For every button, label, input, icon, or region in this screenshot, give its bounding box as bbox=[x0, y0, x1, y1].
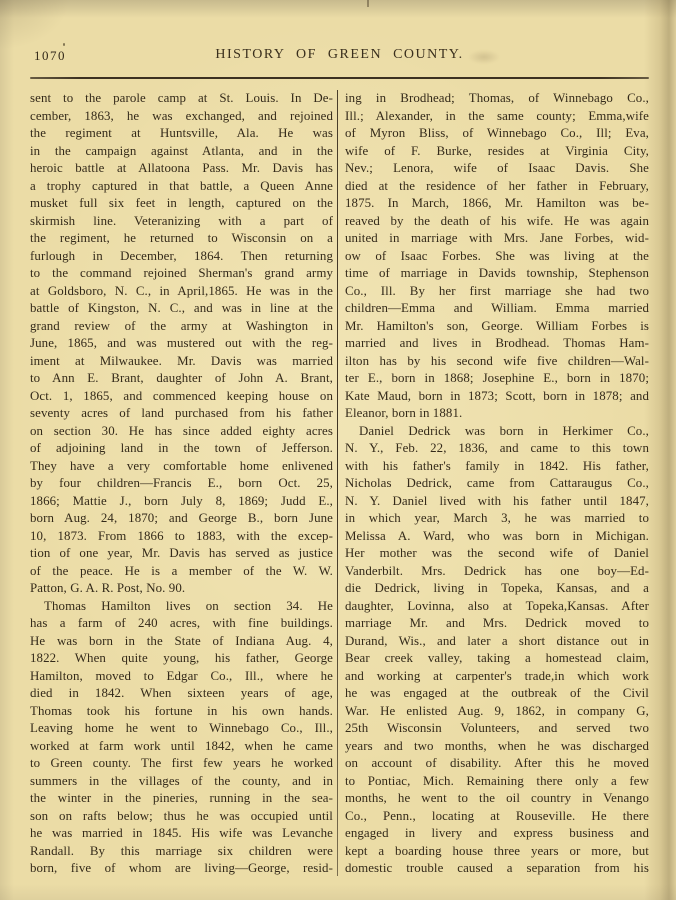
text-line: Leaving home he went to Winnebago Co., I… bbox=[30, 720, 333, 738]
text-line: Randall. By this marriage six children w… bbox=[30, 843, 333, 861]
text-line: June, 1865, and was mustered out with th… bbox=[30, 335, 333, 353]
text-line: at Goldsboro, N. C., in April,1865. He w… bbox=[30, 283, 333, 301]
text-line: grand review of the army at Washington i… bbox=[30, 318, 333, 336]
text-line: to the command rejoined Sherman's grand … bbox=[30, 265, 333, 283]
text-line: has a farm of 240 acres, with fine build… bbox=[30, 615, 333, 633]
text-line: cember, 1863, he was exchanged, and rejo… bbox=[30, 108, 333, 126]
text-line: on account of disability. After this he … bbox=[345, 755, 649, 773]
text-line: married and lives in Brodhead. Thomas Ha… bbox=[345, 335, 649, 353]
text-line: Her mother was the second wife of Daniel bbox=[345, 545, 649, 563]
text-line: worked at farm work until 1842, when he … bbox=[30, 738, 333, 756]
text-line: son on rafts below; thus he was occupied… bbox=[30, 808, 333, 826]
page-title: HISTORY OF GREEN COUNTY. bbox=[30, 46, 649, 63]
text-line: battle of Kingston, N. C., and was in li… bbox=[30, 300, 333, 318]
text-line: united in marriage with Mrs. Jane Forbes… bbox=[345, 230, 649, 248]
text-line: to Ann E. Brant, daughter of John A. Bra… bbox=[30, 370, 333, 388]
text-line: N. Y., Feb. 22, 1836, and came to this t… bbox=[345, 440, 649, 458]
text-line: summers in the villages of the county, a… bbox=[30, 773, 333, 791]
page-left-shadow bbox=[0, 0, 14, 900]
text-line: born Aug. 24, 1870; and George B., born … bbox=[30, 510, 333, 528]
text-line: Patton, G. A. R. Post, No. 90. bbox=[30, 580, 333, 598]
page-corner-shadow bbox=[0, 0, 70, 50]
text-line: Oct. 1, 1865, and commenced keeping hous… bbox=[30, 388, 333, 406]
text-line: N. Y. Daniel lived with his father until… bbox=[345, 493, 649, 511]
text-line: Co., Ill. By her first marriage she had … bbox=[345, 283, 649, 301]
text-column-left: sent to the parole camp at St. Louis. In… bbox=[30, 90, 333, 880]
text-line: died in 1842. When sixteen years of age, bbox=[30, 685, 333, 703]
book-page: 1070 HISTORY OF GREEN COUNTY. sent to th… bbox=[0, 0, 676, 900]
text-line: time of marriage in Davids township, Ste… bbox=[345, 265, 649, 283]
text-line: ing in Brodhead; Thomas, of Winnebago Co… bbox=[345, 90, 649, 108]
text-line: Nicholas Dedrick, came from Cattaraugus … bbox=[345, 475, 649, 493]
text-line: years and two months, when he was discha… bbox=[345, 738, 649, 756]
text-line: iment at Milwaukee. Mr. Davis was marrie… bbox=[30, 353, 333, 371]
text-line: and working at carpenter's trade,in whic… bbox=[345, 668, 649, 686]
text-line: musket full six feet in length, captured… bbox=[30, 195, 333, 213]
text-line: Co., Penn., locating at Rouseville. He t… bbox=[345, 808, 649, 826]
text-line: he was engaged at the outbreak of the Ci… bbox=[345, 685, 649, 703]
text-line: ter E., born in 1868; Josephine E., born… bbox=[345, 370, 649, 388]
text-line: of the peace. He is a member of the W. W… bbox=[30, 563, 333, 581]
text-line: domestic trouble caused a separation fro… bbox=[345, 860, 649, 878]
text-columns: sent to the parole camp at St. Louis. In… bbox=[30, 90, 649, 880]
text-line: died at the residence of her father in F… bbox=[345, 178, 649, 196]
text-line: to Green county. The first few years he … bbox=[30, 755, 333, 773]
page-header: 1070 HISTORY OF GREEN COUNTY. bbox=[30, 46, 649, 66]
column-divider bbox=[337, 90, 338, 876]
text-line: Bear creek valley, taking a homestead cl… bbox=[345, 650, 649, 668]
text-line: ilton has by his second wife five childr… bbox=[345, 353, 649, 371]
text-line: tion of one year, Mr. Davis has served a… bbox=[30, 545, 333, 563]
text-column-right: ing in Brodhead; Thomas, of Winnebago Co… bbox=[345, 90, 649, 880]
text-line: born, five of whom are living—George, re… bbox=[30, 860, 333, 878]
text-line: marriage Mr. and Mrs. Dedrick moved to bbox=[345, 615, 649, 633]
text-line: Vanderbilt. Mrs. Dedrick has one boy—Ed- bbox=[345, 563, 649, 581]
text-line: the regiment at Huntsville, Ala. He was bbox=[30, 125, 333, 143]
page-number: 1070 bbox=[34, 48, 66, 64]
text-line: They have a very comfortable home enlive… bbox=[30, 458, 333, 476]
scan-artifact-speck bbox=[63, 43, 65, 46]
text-line: of Myron Bliss, of Winnebago Co., Ill; E… bbox=[345, 125, 649, 143]
text-line: heroic battle at Allatoona Pass. Mr. Dav… bbox=[30, 160, 333, 178]
text-line: 1866; Mattie J., born July 8, 1869; Judd… bbox=[30, 493, 333, 511]
text-line: he was married in 1845. His wife was Lev… bbox=[30, 825, 333, 843]
text-line: reaved by the death of his wife. He was … bbox=[345, 213, 649, 231]
text-line: War. He enlisted Aug. 9, 1862, in compan… bbox=[345, 703, 649, 721]
text-line: daughter, Lovinna, also at Topeka,Kansas… bbox=[345, 598, 649, 616]
page-bottom-shadow bbox=[0, 884, 676, 900]
text-line: 1822. When quite young, his father, Geor… bbox=[30, 650, 333, 668]
text-line: by four children—Francis E., born Oct. 2… bbox=[30, 475, 333, 493]
text-line: Melissa A. Ward, who was born in Michiga… bbox=[345, 528, 649, 546]
text-line: 10, 1873. From 1866 to 1883, with the ex… bbox=[30, 528, 333, 546]
text-line: Mr. Hamilton's son, George. William Forb… bbox=[345, 318, 649, 336]
text-line: in which year, March 3, he was married t… bbox=[345, 510, 649, 528]
text-line: on section 30. He has since added eighty… bbox=[30, 423, 333, 441]
text-line: with his father's family in 1842. His fa… bbox=[345, 458, 649, 476]
text-line: He was born in the State of Indiana Aug.… bbox=[30, 633, 333, 651]
scan-artifact-tick bbox=[367, 0, 369, 7]
text-line: Daniel Dedrick was born in Herkimer Co., bbox=[345, 423, 649, 441]
text-line: the regiment, he returned to Wisconsin o… bbox=[30, 230, 333, 248]
text-line: Thomas took his fortune in his own hands… bbox=[30, 703, 333, 721]
text-line: 1875. In March, 1866, Mr. Hamilton was b… bbox=[345, 195, 649, 213]
text-line: Ill.; Alexander, in the same county; Emm… bbox=[345, 108, 649, 126]
text-line: kept a boarding house three years or mor… bbox=[345, 843, 649, 861]
text-line: Durand, Wis., and later a short distance… bbox=[345, 633, 649, 651]
text-line: Eleanor, born in 1881. bbox=[345, 405, 649, 423]
text-line: the winter in the pineries, running in t… bbox=[30, 790, 333, 808]
text-line: months, he went to the oil country in Ve… bbox=[345, 790, 649, 808]
text-line: a trophy captured in that battle, a Quee… bbox=[30, 178, 333, 196]
text-line: skirmish line. Veteranizing with a part … bbox=[30, 213, 333, 231]
text-line: of adjoining land in the town of Jeffers… bbox=[30, 440, 333, 458]
text-line: children—Emma and William. Emma married bbox=[345, 300, 649, 318]
text-line: engaged in livery and express business a… bbox=[345, 825, 649, 843]
text-line: to Pontiac, Mich. Remaining there only a… bbox=[345, 773, 649, 791]
text-line: ow of Isaac Forbes. She was living at th… bbox=[345, 248, 649, 266]
text-line: Kate Maud, born in 1873; Scott, born in … bbox=[345, 388, 649, 406]
text-line: furlough in December, 1864. Then returni… bbox=[30, 248, 333, 266]
text-line: sent to the parole camp at St. Louis. In… bbox=[30, 90, 333, 108]
text-line: wife of F. Burke, resides at Virginia Ci… bbox=[345, 143, 649, 161]
text-line: 25th Wisconsin Volunteers, and served tw… bbox=[345, 720, 649, 738]
text-line: in the campaign against Atlanta, and in … bbox=[30, 143, 333, 161]
text-line: Thomas Hamilton lives on section 34. He bbox=[30, 598, 333, 616]
text-line: Nev.; Lenora, wife of Isaac Davis. She bbox=[345, 160, 649, 178]
text-line: Hamilton, moved to Edgar Co., Ill., wher… bbox=[30, 668, 333, 686]
header-rule bbox=[30, 77, 649, 79]
page-top-shadow bbox=[0, 0, 676, 18]
text-line: die Dedrick, living in Topeka, Kansas, a… bbox=[345, 580, 649, 598]
text-line: seventy acres of land purchased from his… bbox=[30, 405, 333, 423]
